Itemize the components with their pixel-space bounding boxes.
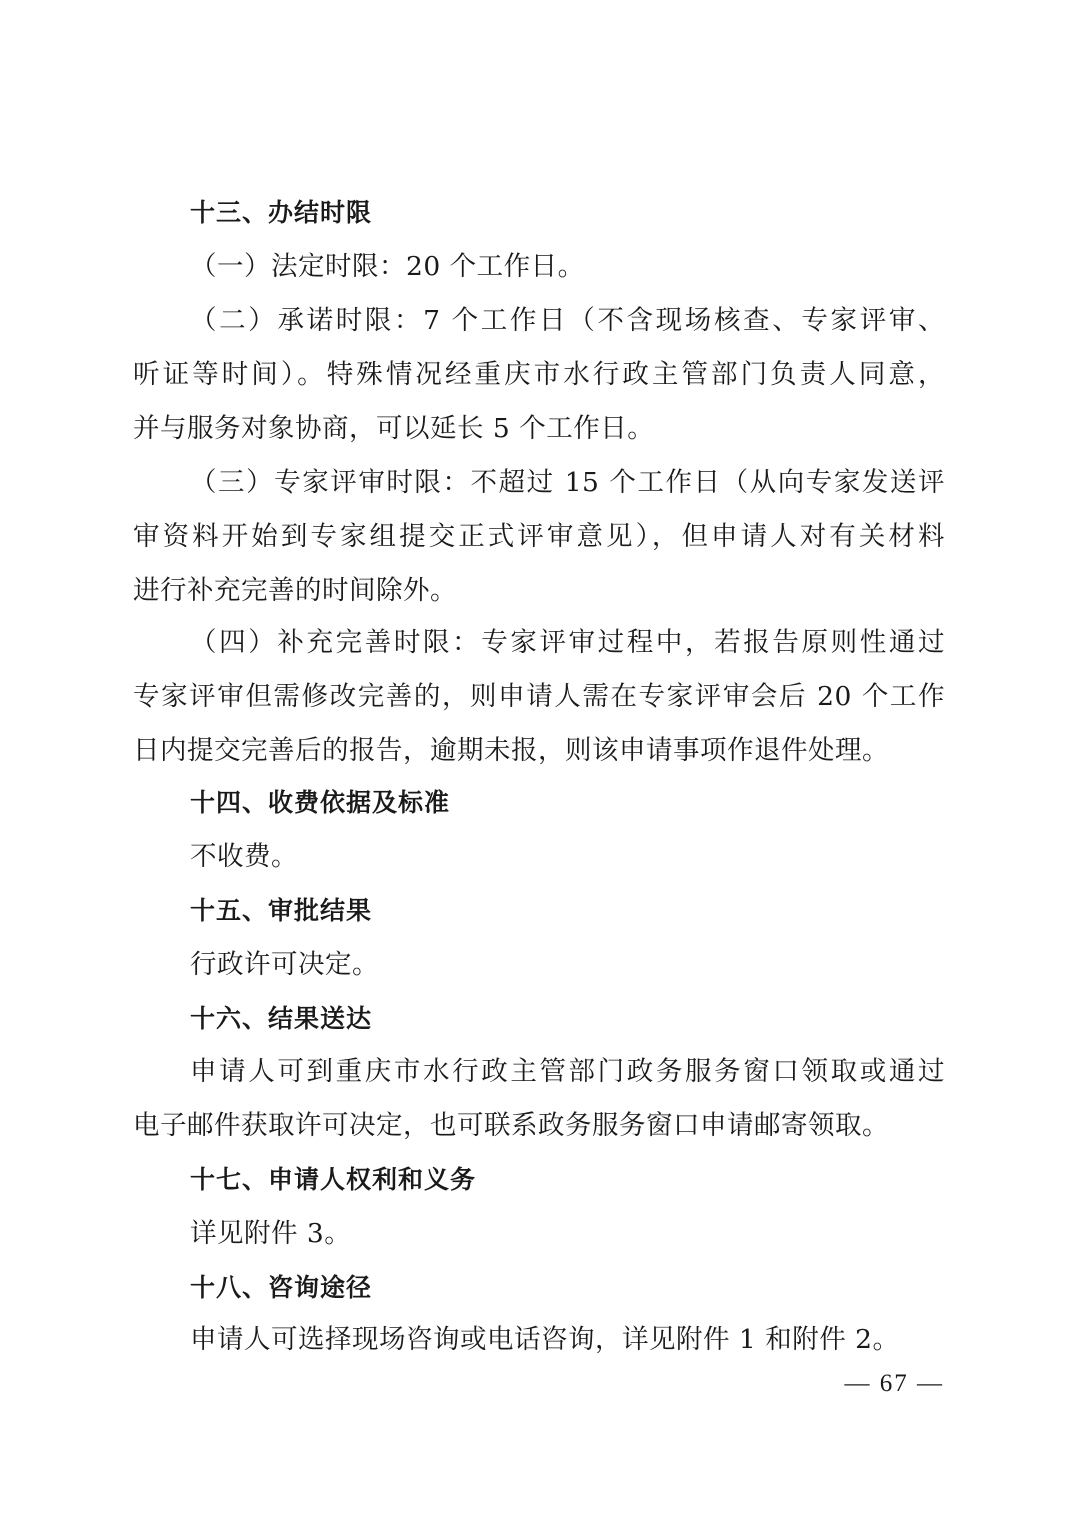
paragraph-line: 申请人可到重庆市水行政主管部门政务服务窗口领取或通过 (190, 1054, 945, 1090)
paragraph-line: 详见附件 3。 (190, 1216, 945, 1252)
paragraph-line: 进行补充完善的时间除外。 (133, 573, 945, 609)
paragraph-line: （三）专家评审时限：不超过 15 个工作日（从向专家发送评 (190, 465, 945, 501)
section-heading: 十五、审批结果 (190, 893, 945, 929)
paragraph-line: （四）补充完善时限：专家评审过程中，若报告原则性通过 (190, 625, 945, 661)
paragraph-line: 日内提交完善后的报告，逾期未报，则该申请事项作退件处理。 (133, 733, 945, 769)
paragraph-line: （一）法定时限：20 个工作日。 (190, 249, 945, 285)
paragraph-line: 申请人可选择现场咨询或电话咨询，详见附件 1 和附件 2。 (190, 1322, 945, 1358)
section-heading: 十四、收费依据及标准 (190, 785, 945, 821)
document-page: 十三、办结时限（一）法定时限：20 个工作日。（二）承诺时限：7 个工作日（不含… (0, 0, 1074, 1520)
section-heading: 十六、结果送达 (190, 1001, 945, 1037)
section-heading: 十八、咨询途径 (190, 1270, 945, 1306)
page-number: — 67 — (845, 1370, 945, 1398)
paragraph-line: 电子邮件获取许可决定，也可联系政务服务窗口申请邮寄领取。 (133, 1108, 945, 1144)
paragraph-line: 审资料开始到专家组提交正式评审意见），但申请人对有关材料 (133, 519, 945, 555)
paragraph-line: 并与服务对象协商，可以延长 5 个工作日。 (133, 411, 945, 447)
section-heading: 十七、申请人权利和义务 (190, 1162, 945, 1198)
section-heading: 十三、办结时限 (190, 195, 945, 231)
paragraph-line: 专家评审但需修改完善的，则申请人需在专家评审会后 20 个工作 (133, 679, 945, 715)
paragraph-line: （二）承诺时限：7 个工作日（不含现场核查、专家评审、 (190, 303, 945, 339)
paragraph-line: 不收费。 (190, 839, 945, 875)
paragraph-line: 行政许可决定。 (190, 947, 945, 983)
paragraph-line: 听证等时间）。特殊情况经重庆市水行政主管部门负责人同意， (133, 357, 945, 393)
